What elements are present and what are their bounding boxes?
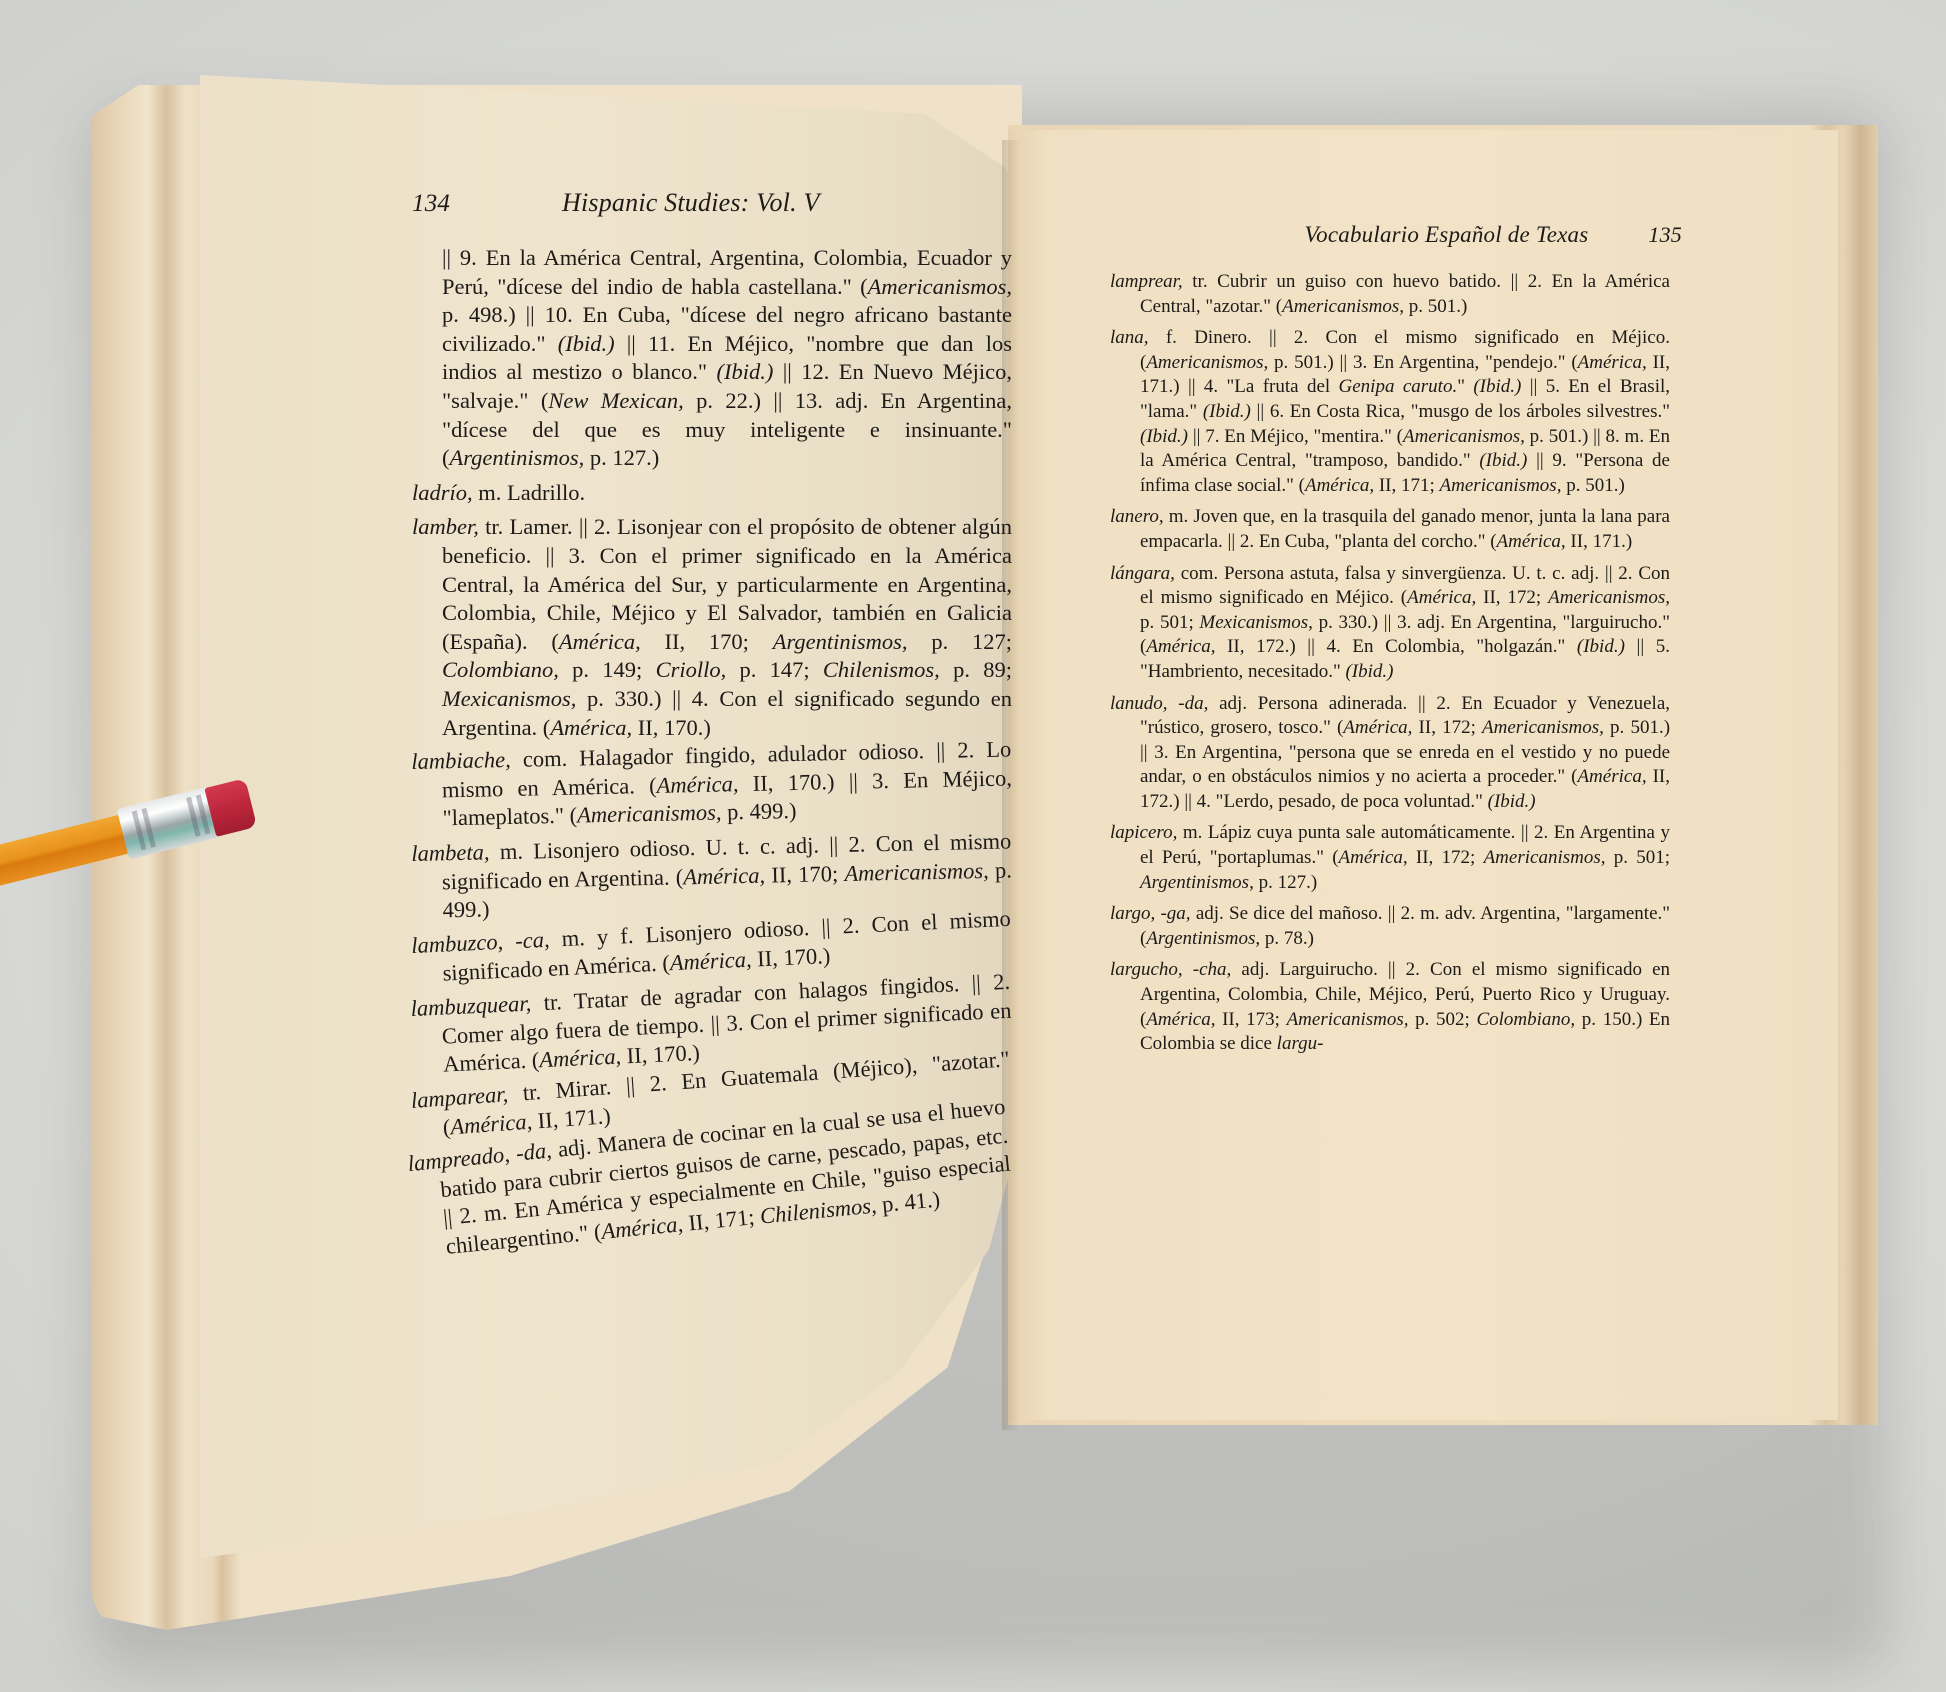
definition-text: " [1457, 376, 1473, 397]
definition-text: p. 127.) [584, 445, 659, 470]
citation-text: (Ibid.) [1488, 791, 1536, 812]
definition-text: m. Ladrillo. [473, 480, 585, 505]
citation-text: (Ibid.) [1345, 661, 1393, 682]
definition-text: p. 149; [559, 657, 656, 682]
dictionary-entry: lambiache, com. Halagador fingido, adula… [411, 736, 1013, 834]
citation-text: Americanismos, [1282, 296, 1404, 317]
definition-text: II, 170; [641, 629, 773, 654]
citation-text: largu- [1277, 1033, 1324, 1054]
definition-text: p. 502; [1408, 1009, 1476, 1030]
citation-text: América, [1497, 531, 1566, 552]
right-running-head: Vocabulario Español de Texas 135 [1110, 222, 1682, 248]
definition-text: II, 170.) [751, 942, 831, 971]
definition-text: II, 170; [765, 860, 845, 887]
definition-text: p. 499.) [721, 798, 797, 825]
citation-text: América, [539, 1044, 622, 1073]
citation-text: América, [1339, 847, 1408, 868]
dictionary-entry: ladrío, m. Ladrillo. [412, 479, 1012, 508]
definition-text: II, 171; [1374, 475, 1439, 496]
dictionary-entry: lana, f. Dinero. || 2. Con el mismo sign… [1110, 326, 1670, 498]
dictionary-entry: lamber, tr. Lamer. || 2. Lisonjear con e… [412, 513, 1012, 742]
headword: lambeta, [411, 839, 490, 866]
dictionary-entry: largucho, -cha, adj. Larguirucho. || 2. … [1110, 958, 1670, 1056]
citation-text: Americanismos, [868, 274, 1012, 299]
citation-text: América, [1578, 352, 1647, 373]
headword: lamparear, [410, 1081, 509, 1113]
page-number: 134 [412, 190, 562, 218]
citation-text: Americanismos, [1287, 1009, 1409, 1030]
citation-text: Criollo, [656, 657, 727, 682]
definition-text: p. 127; [908, 629, 1012, 654]
citation-text: América, [1407, 587, 1476, 608]
citation-text: América, [600, 1211, 684, 1244]
citation-text: Americanismos, [1484, 847, 1606, 868]
headword: lángara, [1110, 563, 1175, 584]
citation-text: Americanismos, [1403, 426, 1525, 447]
citation-text: América, [559, 629, 641, 654]
citation-text: (Ibid.) [716, 359, 773, 384]
running-head-title: Vocabulario Español de Texas [1304, 222, 1588, 248]
citation-text: Americanismos, [1548, 587, 1670, 608]
definition-text: p. 501.) [1404, 296, 1467, 317]
citation-text: Americanismos, [844, 857, 989, 885]
citation-text: Argentinismos, [773, 629, 908, 654]
definition-text: II, 172.) || 4. En Colombia, "holgazán." [1215, 636, 1576, 657]
citation-text: (Ibid.) [1577, 636, 1625, 657]
headword: lambuzquear, [410, 990, 532, 1020]
citation-text: (Ibid.) [1479, 450, 1527, 471]
pencil-ferrule [117, 787, 219, 860]
dictionary-entry: lanudo, -da, adj. Persona adinerada. || … [1110, 692, 1670, 815]
definition-text: II, 172; [1412, 717, 1482, 738]
headword: lana, [1110, 327, 1149, 348]
citation-text: Mexicanismos, [442, 686, 576, 711]
citation-text: Mexicanismos, [1199, 612, 1312, 633]
definition-text: p. 501; [1140, 612, 1199, 633]
headword: largucho, -cha, [1110, 959, 1231, 980]
dictionary-entries: lamprear, tr. Cubrir un guiso con huevo … [1110, 270, 1670, 1057]
definition-text: p. 147; [726, 657, 823, 682]
left-page-content: 134 Hispanic Studies: Vol. V || 9. En la… [412, 188, 1012, 1270]
citation-text: (Ibid.) [1140, 426, 1188, 447]
citation-text: (Ibid.) [1473, 376, 1521, 397]
definition-text: p. 41.) [875, 1186, 941, 1217]
definition-text: II, 172; [1476, 587, 1548, 608]
dictionary-entry: largo, -ga, adj. Se dice del mañoso. || … [1110, 902, 1670, 951]
citation-text: Americanismos, [577, 800, 722, 828]
citation-text: América, [1343, 717, 1412, 738]
citation-text: América, [449, 1108, 532, 1139]
dictionary-entry: || 9. En la América Central, Argentina, … [412, 244, 1012, 473]
page-number: 135 [1648, 222, 1682, 248]
citation-text: América, [1146, 636, 1215, 657]
headword: lapicero, [1110, 822, 1177, 843]
headword: lanero, [1110, 506, 1164, 527]
headword: lanudo, -da, [1110, 693, 1208, 714]
dictionary-entry: lamprear, tr. Cubrir un guiso con huevo … [1110, 270, 1670, 319]
right-page-content: Vocabulario Español de Texas 135 lamprea… [1110, 222, 1670, 1064]
headword: lambiache, [411, 747, 511, 774]
citation-text: (Ibid.) [1203, 401, 1251, 422]
definition-text: II, 171.) [531, 1102, 611, 1132]
definition-text: II, 173; [1215, 1009, 1286, 1030]
headword: largo, -ga, [1110, 903, 1191, 924]
left-running-head: 134 Hispanic Studies: Vol. V [412, 188, 1012, 218]
citation-text: Colombiano, [1476, 1009, 1575, 1030]
definition-text: p. 501.) [1561, 475, 1624, 496]
definition-text: p. 127.) [1254, 872, 1317, 893]
citation-text: América, [683, 862, 765, 889]
dictionary-entry: lanero, m. Joven que, en la trasquila de… [1110, 505, 1670, 554]
definition-text: p. 501; [1605, 847, 1670, 868]
citation-text: América, [669, 946, 752, 975]
definition-text: || 7. En Méjico, "mentira." ( [1188, 426, 1403, 447]
citation-text: América, [1146, 1009, 1215, 1030]
headword: lambuzco, -ca, [411, 926, 550, 957]
definition-text: II, 172; [1408, 847, 1484, 868]
citation-text: (Ibid.) [558, 331, 615, 356]
definition-text: II, 170.) [621, 1040, 701, 1069]
citation-text: América, [550, 715, 632, 740]
citation-text: Colombiano, [442, 657, 559, 682]
definition-text: p. 78.) [1260, 928, 1314, 949]
citation-text: Argentinismos, [450, 445, 585, 470]
definition-text: II, 171; [682, 1203, 762, 1235]
citation-text: Americanismos, [1146, 352, 1268, 373]
citation-text: Genipa caruto. [1339, 376, 1458, 397]
dictionary-entries: || 9. En la América Central, Argentina, … [412, 244, 1012, 1264]
citation-text: Americanismos, [1482, 717, 1604, 738]
headword: lamprear, [1110, 271, 1183, 292]
dictionary-entry: lángara, com. Persona astuta, falsa y si… [1110, 562, 1670, 685]
definition-text: p. 89; [940, 657, 1012, 682]
running-head-title: Hispanic Studies: Vol. V [562, 188, 820, 218]
headword: lamber, [412, 514, 479, 539]
citation-text: Argentinismos, [1146, 928, 1260, 949]
citation-text: New Mexican, [548, 388, 683, 413]
citation-text: América, [1577, 766, 1646, 787]
citation-text: Americanismos, [1440, 475, 1562, 496]
headword: ladrío, [412, 480, 473, 505]
citation-text: América, [656, 771, 738, 798]
citation-text: Chilenismos, [823, 657, 940, 682]
dictionary-entry: lapicero, m. Lápiz cuya punta sale autom… [1110, 821, 1670, 895]
definition-text: II, 171.) [1566, 531, 1632, 552]
citation-text: Argentinismos, [1140, 872, 1254, 893]
definition-text: II, 170.) [632, 715, 711, 740]
definition-text: p. 501.) || 3. En Argentina, "pendejo." … [1268, 352, 1577, 373]
definition-text: || 6. En Costa Rica, "musgo de los árbol… [1251, 401, 1670, 422]
citation-text: América, [1305, 475, 1374, 496]
